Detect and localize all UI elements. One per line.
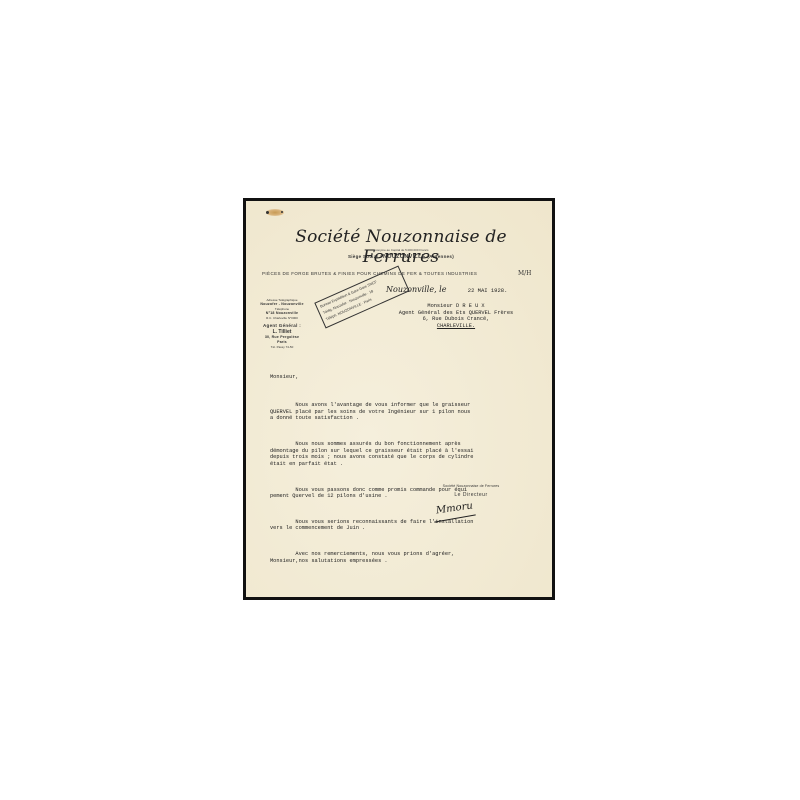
paragraph: Nous vous serions reconnaissants de fair… [270, 519, 540, 532]
reference: M/H [518, 270, 531, 277]
company-name: Société Nouzonnaise de Ferrures [276, 227, 526, 267]
place: Nouzonville, le [386, 285, 446, 294]
head-office: Siège Social : NOUZONVILLE (Ardennes) [286, 254, 516, 260]
addressee: Monsieur D R E U X Agent Général des Ets… [366, 303, 546, 329]
contact-block: Adresse Télégraphique Nouzofer - Nouzonv… [252, 298, 312, 349]
paper-stain-dot [266, 211, 269, 214]
head-office-region: (Ardennes) [427, 254, 454, 259]
paper-stain-dot [281, 211, 283, 213]
addressee-city: CHARLEVILLE. [366, 323, 546, 330]
date: 22 MAI 1928. [468, 287, 508, 294]
head-office-city: NOUZONVILLE [383, 254, 426, 260]
paragraph: Nous nous sommes assurés du bon fonction… [270, 441, 540, 467]
place-date: Nouzonville, le 22 MAI 1928. [386, 285, 507, 294]
letter-body: Monsieur, Nous avons l'avantage de vous … [270, 361, 540, 584]
company-capital: anonyme au Capital de 5.000.000 Francs [326, 248, 476, 252]
signature-company: Société Nouzonnaise de Ferrures [416, 484, 526, 488]
paragraph: Nous avons l'avantage de vous informer q… [270, 402, 540, 422]
letter-page: Société Nouzonnaise de Ferrures anonyme … [246, 201, 552, 597]
signature-title: Le Directeur [416, 492, 526, 498]
paragraph: Avec nos remerciements, nous vous prions… [270, 551, 540, 564]
agent-phone: Tél. Passy 74-50 [252, 345, 312, 349]
registry: R.C. Charleville N°0000 [252, 316, 312, 320]
salutation: Monsieur, [270, 374, 540, 381]
head-office-label: Siège Social : [348, 254, 381, 259]
